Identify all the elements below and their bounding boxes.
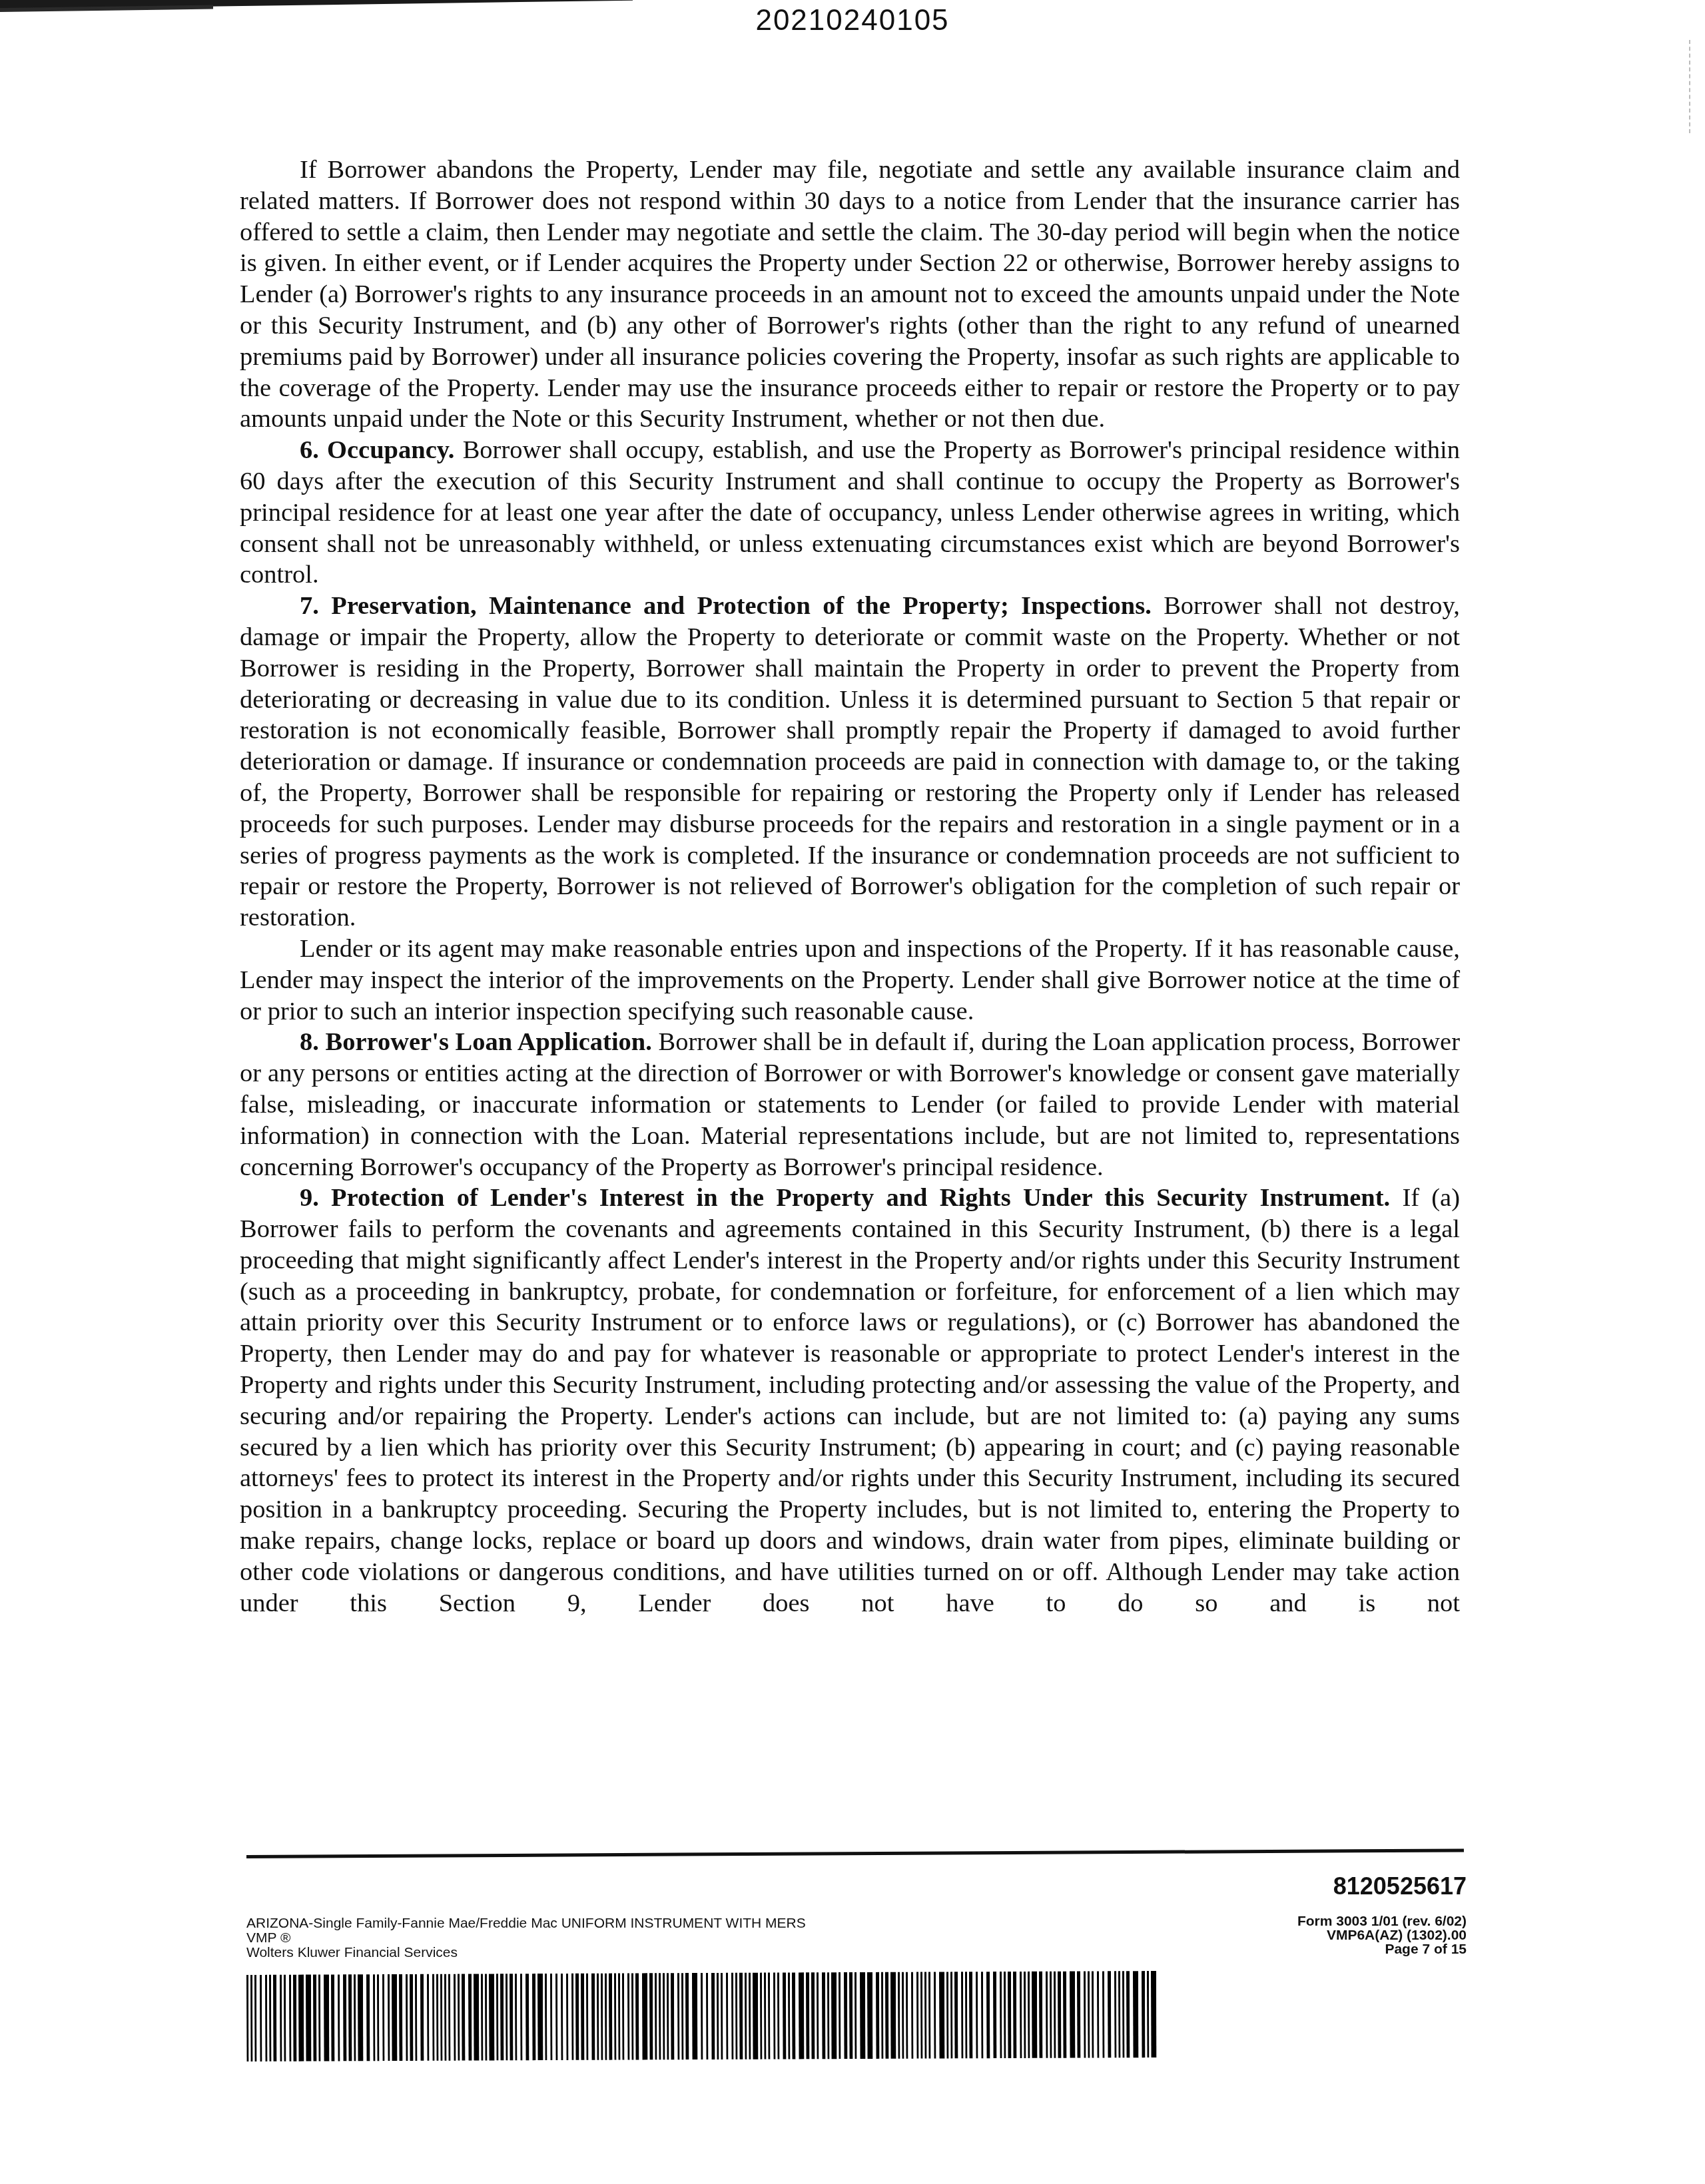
publisher: Wolters Kluwer Financial Services [246, 1946, 806, 1960]
form-number: Form 3003 1/01 (rev. 6/02) [1297, 1914, 1467, 1928]
paragraph-text: Borrower shall not destroy, damage or im… [240, 592, 1460, 932]
paragraph-section-9-protection: 9. Protection of Lender's Interest in th… [240, 1183, 1460, 1619]
paragraph-inspections: Lender or its agent may make reasonable … [240, 934, 1460, 1027]
paragraph-text: Lender or its agent may make reasonable … [240, 935, 1460, 1025]
form-title: ARIZONA-Single Family-Fannie Mae/Freddie… [246, 1916, 806, 1931]
section-heading: 7. Preservation, Maintenance and Protect… [300, 592, 1152, 620]
paragraph-insurance-abandonment: If Borrower abandons the Property, Lende… [240, 154, 1460, 435]
loan-number: 8120525617 [1333, 1872, 1467, 1900]
section-heading: 6. Occupancy. [300, 436, 454, 464]
paragraph-section-7-preservation: 7. Preservation, Maintenance and Protect… [240, 591, 1460, 934]
vmp-code: VMP6A(AZ) (1302).00 [1297, 1928, 1467, 1942]
document-body: If Borrower abandons the Property, Lende… [240, 154, 1460, 1619]
footer-form-codes: Form 3003 1/01 (rev. 6/02) VMP6A(AZ) (13… [1297, 1914, 1467, 1956]
recording-number: 20210240105 [0, 4, 1705, 37]
paragraph-section-6-occupancy: 6. Occupancy. Borrower shall occupy, est… [240, 435, 1460, 591]
footer-form-info: ARIZONA-Single Family-Fannie Mae/Freddie… [246, 1916, 806, 1960]
paragraph-text: If Borrower abandons the Property, Lende… [240, 156, 1460, 433]
scan-edge-marks [1689, 40, 1692, 133]
paragraph-text: If (a) Borrower fails to perform the cov… [240, 1184, 1460, 1617]
footer-divider [246, 1848, 1464, 1858]
section-heading: 8. Borrower's Loan Application. [300, 1028, 652, 1056]
vmp-mark: VMP ® [246, 1931, 806, 1946]
section-heading: 9. Protection of Lender's Interest in th… [300, 1184, 1390, 1212]
barcode-icon [246, 1971, 1160, 2061]
paragraph-section-8-loan-application: 8. Borrower's Loan Application. Borrower… [240, 1027, 1460, 1183]
page-indicator: Page 7 of 15 [1297, 1942, 1467, 1956]
